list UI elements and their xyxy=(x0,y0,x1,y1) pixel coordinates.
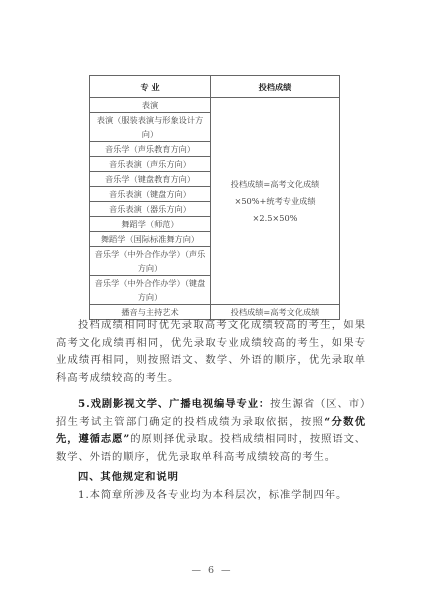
section4-item1: 1.本简章所涉及各专业均为本科层次，标准学制四年。 xyxy=(56,487,366,505)
page-number: — 6 — xyxy=(0,565,424,576)
major-cell: 音乐学（键盘教育方向） xyxy=(90,172,211,187)
major-cell: 表演（服装表演与形象设计方向） xyxy=(90,113,211,142)
item5-label: 5.戏剧影视文学、广播电视编导专业： xyxy=(78,398,270,410)
major-cell: 舞蹈学（国际标准舞方向） xyxy=(90,232,211,247)
section4-heading: 四、其他规定和说明 xyxy=(56,469,366,487)
table-row: 表演 投档成绩=高考文化成绩×50%+统考专业成绩×2.5×50% xyxy=(90,98,340,113)
major-cell: 音乐表演（器乐方向） xyxy=(90,202,211,217)
table-header-row: 专 业 投档成绩 xyxy=(90,76,340,98)
major-cell: 音乐学（中外合作办学）（键盘方向） xyxy=(90,276,211,305)
major-cell: 音乐表演（声乐方向） xyxy=(90,157,211,172)
header-score: 投档成绩 xyxy=(211,76,340,98)
major-cell: 音乐学（声乐教育方向） xyxy=(90,142,211,157)
header-major: 专 业 xyxy=(90,76,211,98)
formula-cell: 投档成绩=高考文化成绩×50%+统考专业成绩×2.5×50% xyxy=(211,98,340,305)
admission-score-table: 专 业 投档成绩 表演 投档成绩=高考文化成绩×50%+统考专业成绩×2.5×5… xyxy=(89,75,340,320)
major-cell: 音乐学（中外合作办学）（声乐方向） xyxy=(90,247,211,276)
major-cell: 音乐表演（键盘方向） xyxy=(90,187,211,202)
major-cell: 表演 xyxy=(90,98,211,113)
tie-rule-paragraph: 投档成绩相同时优先录取高考文化成绩较高的考生，如果高考文化成绩再相同，优先录取专… xyxy=(56,317,366,387)
item5-paragraph: 5.戏剧影视文学、广播电视编导专业：按生源省（区、市）招生考试主管部门确定的投档… xyxy=(56,396,366,466)
major-cell: 舞蹈学（师范） xyxy=(90,217,211,232)
